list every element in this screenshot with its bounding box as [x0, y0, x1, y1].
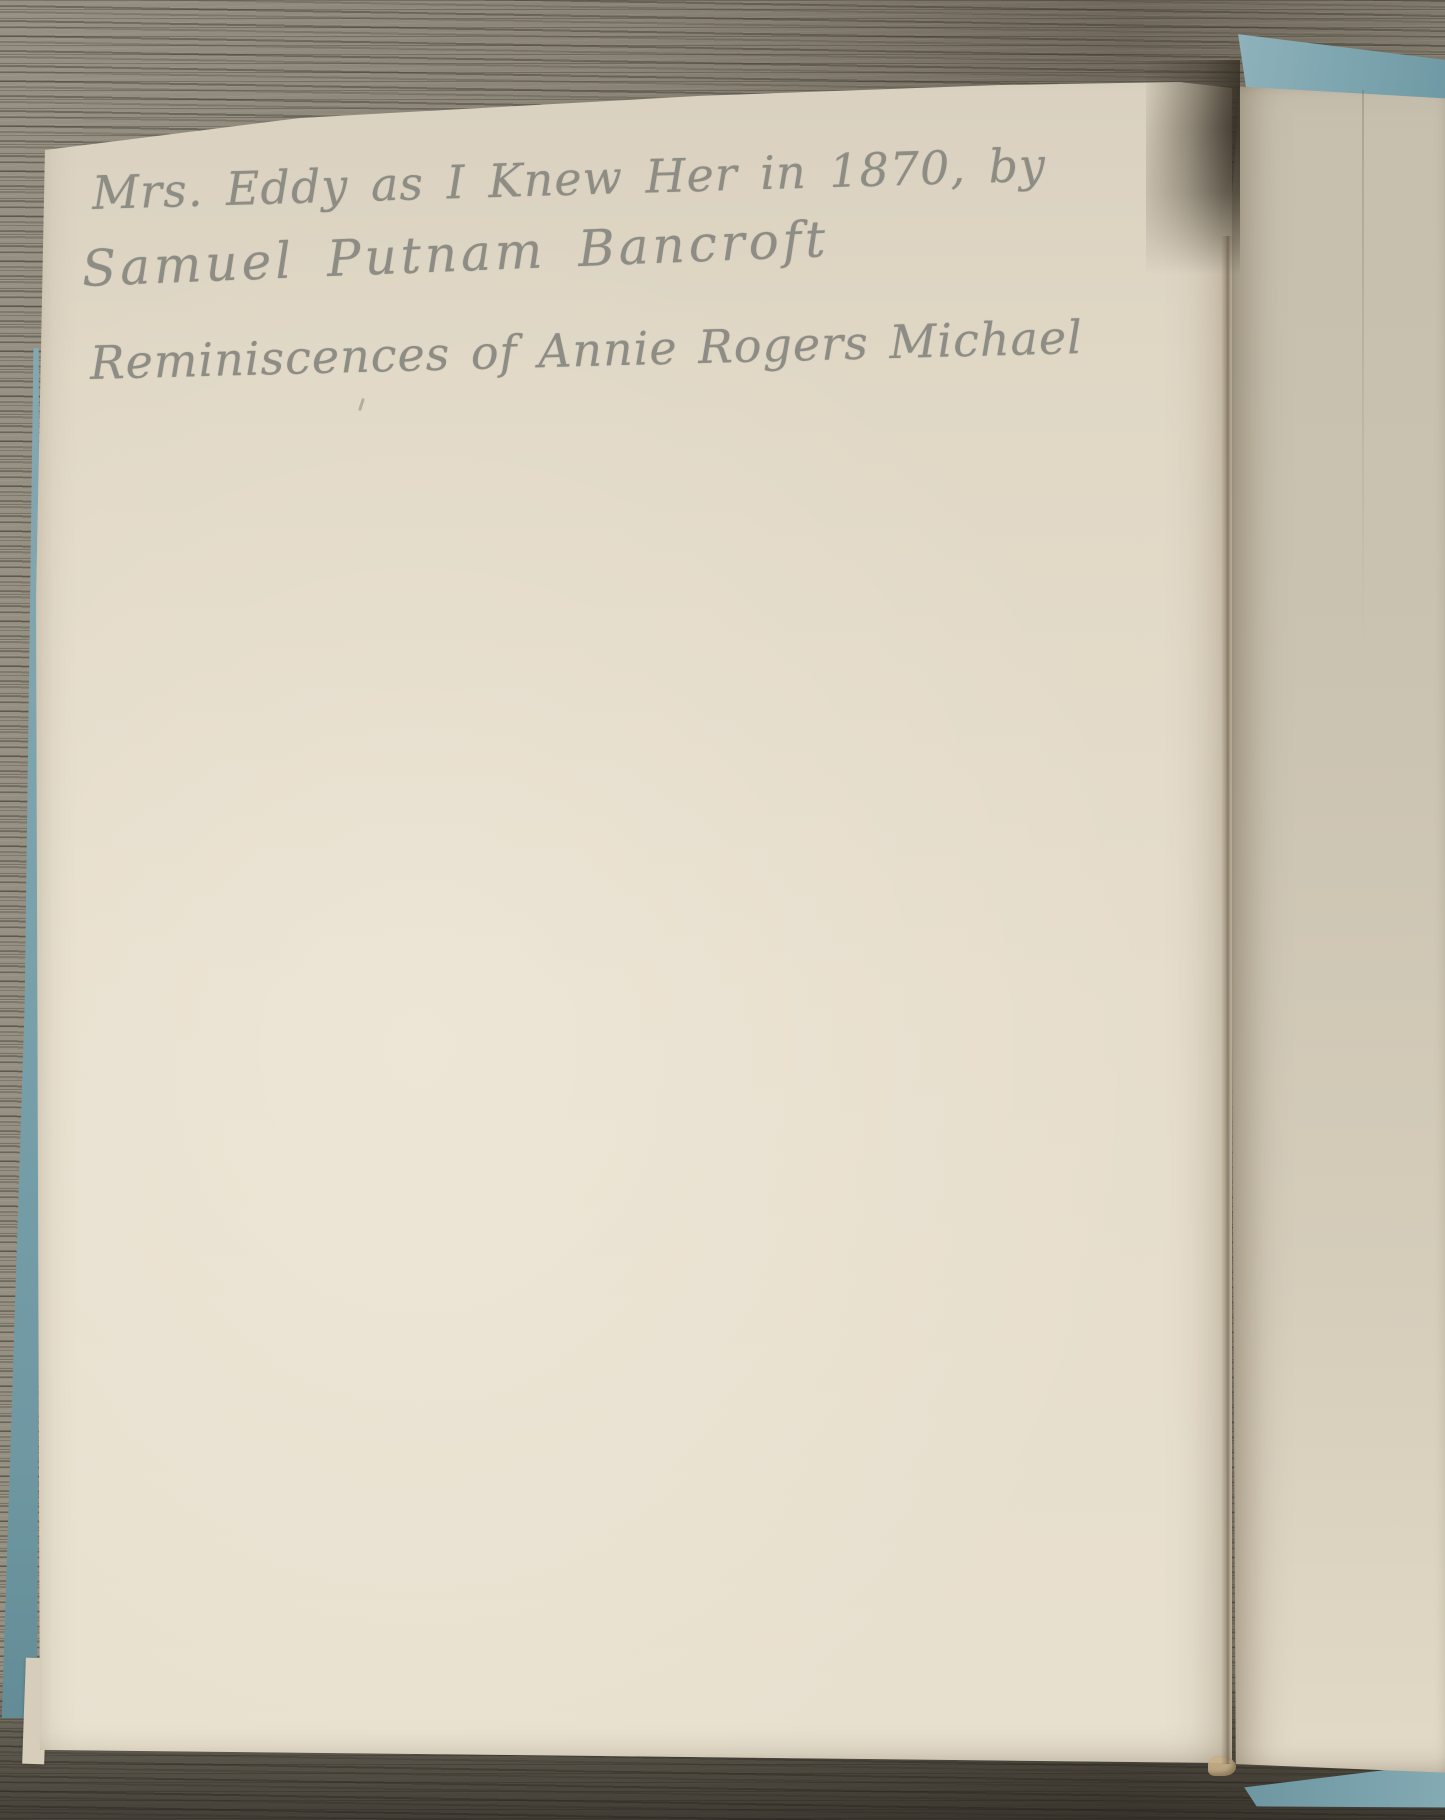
photo-open-book: Mrs. Eddy as I Knew Her in 1870, by Samu… — [0, 0, 1445, 1820]
endpaper-crease — [1362, 90, 1364, 650]
endpaper-page — [1228, 78, 1445, 1776]
page-gutter-fold — [1221, 236, 1235, 1764]
